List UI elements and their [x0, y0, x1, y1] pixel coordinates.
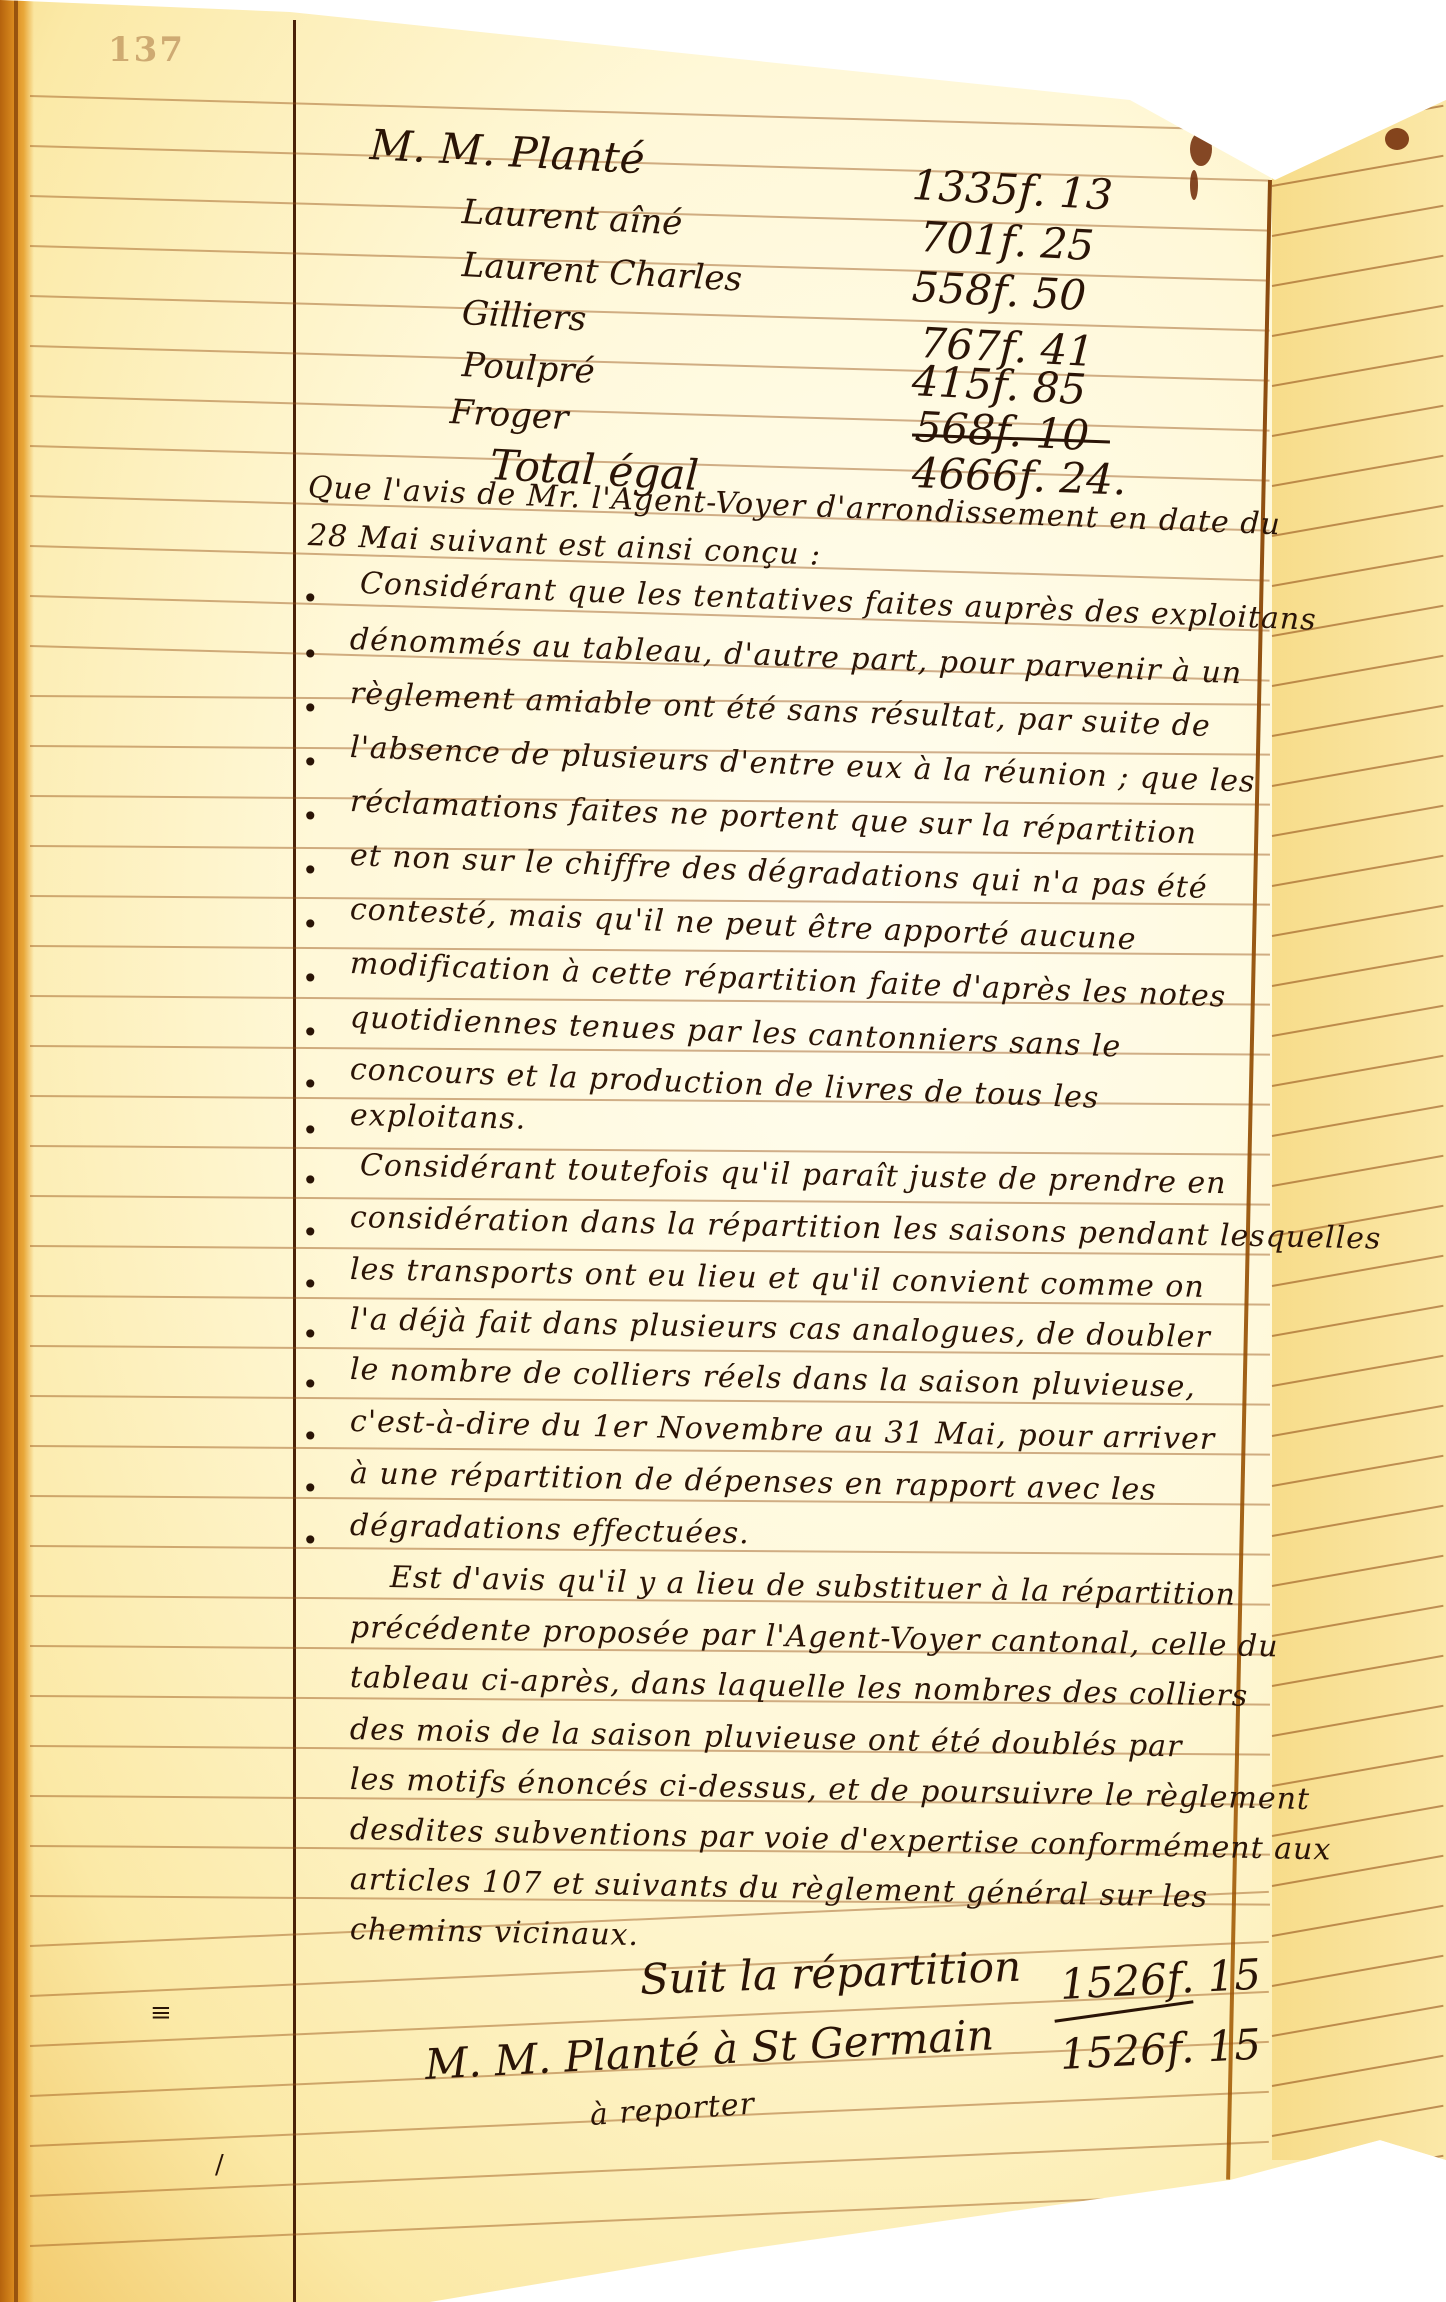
- ruled-line-facing-page: [1272, 2205, 1444, 2237]
- quotation-mark: •: [302, 1016, 319, 1049]
- quotation-mark: •: [302, 582, 319, 615]
- body-line: précédente proposée par l'Agent-Voyer ca…: [350, 1610, 1279, 1664]
- entry-amount: 558f. 50: [911, 262, 1088, 320]
- body-line: règlement amiable ont été sans résultat,…: [349, 676, 1211, 744]
- body-line: des mois de la saison pluvieuse ont été …: [350, 1712, 1183, 1764]
- body-line: Considérant toutefois qu'il paraît juste…: [360, 1148, 1227, 1201]
- quotation-mark: •: [302, 854, 319, 887]
- page-number: 137: [108, 30, 185, 70]
- body-line: dégradations effectuées.: [350, 1508, 750, 1551]
- ledger-page: 137 M. M. Planté Laurent aîné 1335f. 13 …: [0, 0, 1446, 2302]
- ink-stain: [1190, 132, 1212, 166]
- body-line: Est d'avis qu'il y a lieu de substituer …: [390, 1560, 1237, 1613]
- quotation-mark: •: [302, 1114, 319, 1147]
- quotation-mark: •: [302, 1318, 319, 1351]
- body-line: quotidiennes tenues par les cantonniers …: [349, 1000, 1122, 1065]
- quotation-mark: •: [302, 1268, 319, 1301]
- quotation-mark: •: [302, 1420, 319, 1453]
- entry-name: Froger: [449, 392, 569, 438]
- footer-heading: Suit la répartition: [639, 1942, 1022, 2004]
- entry-amount: 1335f. 13: [911, 160, 1114, 219]
- quotation-mark: •: [302, 638, 319, 671]
- quotation-mark: •: [302, 962, 319, 995]
- quotation-mark: •: [302, 746, 319, 779]
- body-line: 28 Mai suivant est ainsi conçu :: [307, 518, 821, 573]
- carry-forward-note: à reporter: [589, 2087, 756, 2133]
- body-line: tableau ci-après, dans laquelle les nomb…: [350, 1660, 1249, 1714]
- body-line: les motifs énoncés ci-dessus, et de pour…: [350, 1762, 1311, 1817]
- quotation-mark: •: [302, 1368, 319, 1401]
- entry-name: Laurent Charles: [461, 245, 743, 300]
- body-line: chemins vicinaux.: [350, 1912, 640, 1953]
- body-line: et non sur le chiffre des dégradations q…: [349, 838, 1208, 906]
- ruled-line-facing-page: [1272, 2255, 1444, 2287]
- ink-stain: [1190, 170, 1198, 200]
- entry-name: Poulpré: [461, 345, 596, 392]
- body-line: le nombre de colliers réels dans la sais…: [350, 1352, 1197, 1405]
- body-line: desdites subventions par voie d'expertis…: [350, 1812, 1332, 1868]
- book-binding-edge: [0, 0, 34, 2302]
- header-heading: M. M. Planté: [369, 120, 646, 183]
- entry-name: Gilliers: [461, 293, 587, 339]
- body-line: articles 107 et suivants du règlement gé…: [350, 1862, 1209, 1915]
- ruled-line: [30, 95, 1270, 132]
- body-line: les transports ont eu lieu et qu'il conv…: [350, 1252, 1205, 1305]
- footer-entry-name: M. M. Planté à St Germain: [424, 2010, 995, 2089]
- body-line: exploitans.: [350, 1098, 527, 1137]
- entry-name: Laurent aîné: [461, 192, 683, 243]
- quotation-mark: •: [302, 692, 319, 725]
- quotation-mark: •: [302, 908, 319, 941]
- quotation-mark: •: [302, 1216, 319, 1249]
- quotation-mark: •: [302, 1164, 319, 1197]
- entry-amount: 701f. 25: [919, 212, 1096, 270]
- body-line: l'a déjà fait dans plusieurs cas analogu…: [350, 1302, 1212, 1355]
- margin-rule: [293, 20, 296, 2302]
- quotation-mark: •: [302, 1068, 319, 1101]
- quotation-mark: •: [302, 800, 319, 833]
- quotation-mark: •: [302, 1472, 319, 1505]
- ink-stain: [1385, 128, 1409, 150]
- margin-mark: /: [215, 2150, 224, 2180]
- body-line: réclamations faites ne portent que sur l…: [349, 784, 1197, 852]
- quotation-mark: •: [302, 1524, 319, 1557]
- margin-mark: ≡: [150, 1998, 172, 2028]
- ruled-line: [30, 2191, 1269, 2247]
